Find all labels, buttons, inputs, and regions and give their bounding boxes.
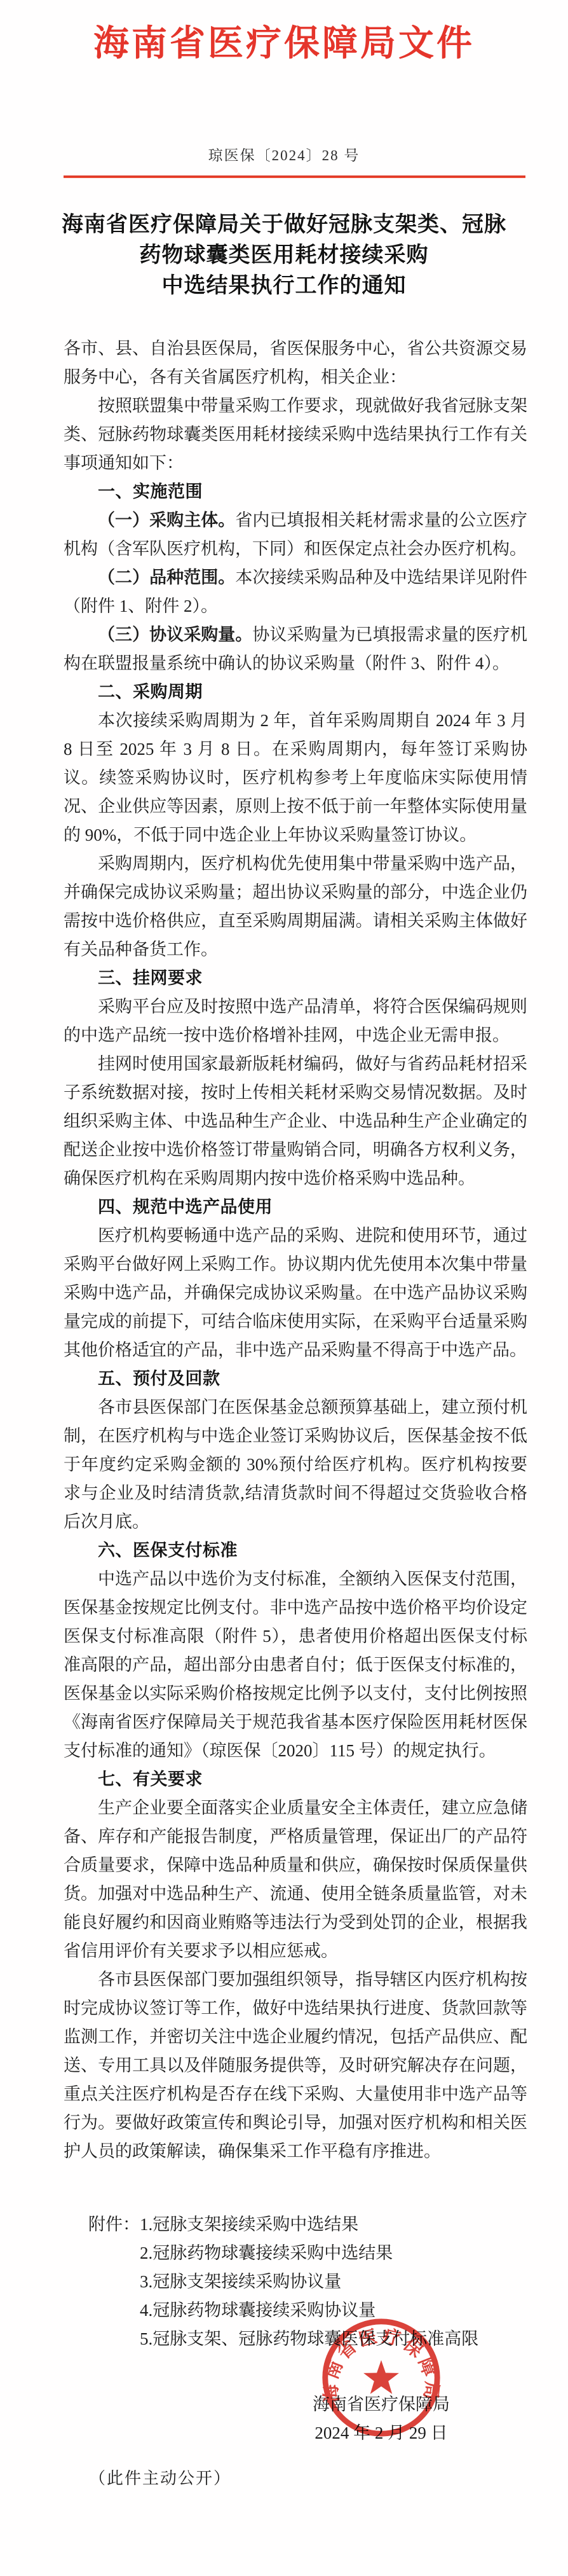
paragraph-lead: （三）协议采购量。 xyxy=(98,625,252,644)
paragraph: （二）品种范围。本次接续采购品种及中选结果详见附件（附件 1、附件 2）。 xyxy=(64,563,527,621)
attachments-block: 附件： 1.冠脉支架接续采购中选结果 2.冠脉药物球囊接续采购中选结果 3.冠脉… xyxy=(88,2210,527,2353)
paragraph: 本次接续采购周期为 2 年，首年采购周期自 2024 年 3 月 8 日至 20… xyxy=(64,706,527,850)
star-icon xyxy=(363,2360,399,2394)
section-heading-2: 二、采购周期 xyxy=(64,678,527,706)
attachments-label: 附件： xyxy=(88,2210,140,2353)
section-heading-1: 一、实施范围 xyxy=(64,478,527,506)
attachments-list: 1.冠脉支架接续采购中选结果 2.冠脉药物球囊接续采购中选结果 3.冠脉支架接续… xyxy=(140,2210,478,2353)
signature-date: 2024 年 2 月 29 日 xyxy=(292,2419,470,2448)
document-title-line-1: 海南省医疗保障局关于做好冠脉支架类、冠脉 xyxy=(0,210,568,240)
document-header-title: 海南省医疗保障局文件 xyxy=(0,0,568,66)
paragraph: 挂网时使用国家最新版耗材编码，做好与省药品耗材招采子系统数据对接，按时上传相关耗… xyxy=(64,1050,527,1193)
attachment-item: 5.冠脉支架、冠脉药物球囊医保支付标准高限 xyxy=(140,2325,478,2353)
recipients-line: 各市、县、自治县医保局，省医保服务中心，省公共资源交易服务中心，各有关省属医疗机… xyxy=(64,334,527,392)
red-divider-line xyxy=(64,176,525,178)
paragraph: 各市县医保部门要加强组织领导，指导辖区内医疗机构按时完成协议签订等工作，做好中选… xyxy=(64,1966,527,2166)
paragraph: 各市县医保部门在医保基金总额预算基础上，建立预付机制，在医疗机构与中选企业签订采… xyxy=(64,1393,527,1536)
document-title-line-2: 药物球囊类医用耗材接续采购 xyxy=(0,240,568,271)
paragraph: （三）协议采购量。协议采购量为已填报需求量的医疗机构在联盟报量系统中确认的协议采… xyxy=(64,621,527,678)
document-number: 琼医保〔2024〕28 号 xyxy=(0,144,568,165)
document-title-line-3: 中选结果执行工作的通知 xyxy=(0,271,568,301)
paragraph: （一）采购主体。省内已填报相关耗材需求量的公立医疗机构（含军队医疗机构，下同）和… xyxy=(64,506,527,563)
paragraph-lead: （二）品种范围。 xyxy=(98,568,235,587)
attachment-item: 4.冠脉药物球囊接续采购协议量 xyxy=(140,2296,478,2325)
signature-org: 海南省医疗保障局 xyxy=(292,2390,470,2419)
attachment-item: 3.冠脉支架接续采购协议量 xyxy=(140,2268,478,2296)
paragraph-lead: （一）采购主体。 xyxy=(98,511,235,530)
paragraph: 医疗机构要畅通中选产品的采购、进院和使用环节，通过采购平台做好网上采购工作。协议… xyxy=(64,1222,527,1365)
section-heading-6: 六、医保支付标准 xyxy=(64,1536,527,1565)
section-heading-5: 五、预付及回款 xyxy=(64,1365,527,1393)
document-title: 海南省医疗保障局关于做好冠脉支架类、冠脉 药物球囊类医用耗材接续采购 中选结果执… xyxy=(0,210,568,301)
attachment-item: 2.冠脉药物球囊接续采购中选结果 xyxy=(140,2239,478,2268)
document-body: 各市、县、自治县医保局，省医保服务中心，省公共资源交易服务中心，各有关省属医疗机… xyxy=(64,334,527,2166)
signature-block: 海南省医疗保障局 海南省医疗保障局 2024 年 2 月 29 日 xyxy=(292,2390,470,2448)
section-heading-3: 三、挂网要求 xyxy=(64,964,527,993)
section-heading-7: 七、有关要求 xyxy=(64,1765,527,1794)
disclosure-note: （此件主动公开） xyxy=(89,2465,568,2489)
paragraph: 生产企业要全面落实企业质量安全主体责任，建立应急储备、库存和产能报告制度，严格质… xyxy=(64,1794,527,1966)
paragraph: 采购平台应及时按照中选产品清单，将符合医保编码规则的中选产品统一按中选价格增补挂… xyxy=(64,993,527,1050)
official-document-page: 海南省医疗保障局文件 琼医保〔2024〕28 号 海南省医疗保障局关于做好冠脉支… xyxy=(0,0,568,2576)
attachment-item: 1.冠脉支架接续采购中选结果 xyxy=(140,2210,478,2239)
paragraph: 采购周期内，医疗机构优先使用集中带量采购中选产品，并确保完成协议采购量；超出协议… xyxy=(64,850,527,964)
paragraph: 按照联盟集中带量采购工作要求，现就做好我省冠脉支架类、冠脉药物球囊类医用耗材接续… xyxy=(64,392,527,478)
paragraph: 中选产品以中选价为支付标准，全额纳入医保支付范围，医保基金按规定比例支付。非中选… xyxy=(64,1565,527,1765)
section-heading-4: 四、规范中选产品使用 xyxy=(64,1193,527,1222)
